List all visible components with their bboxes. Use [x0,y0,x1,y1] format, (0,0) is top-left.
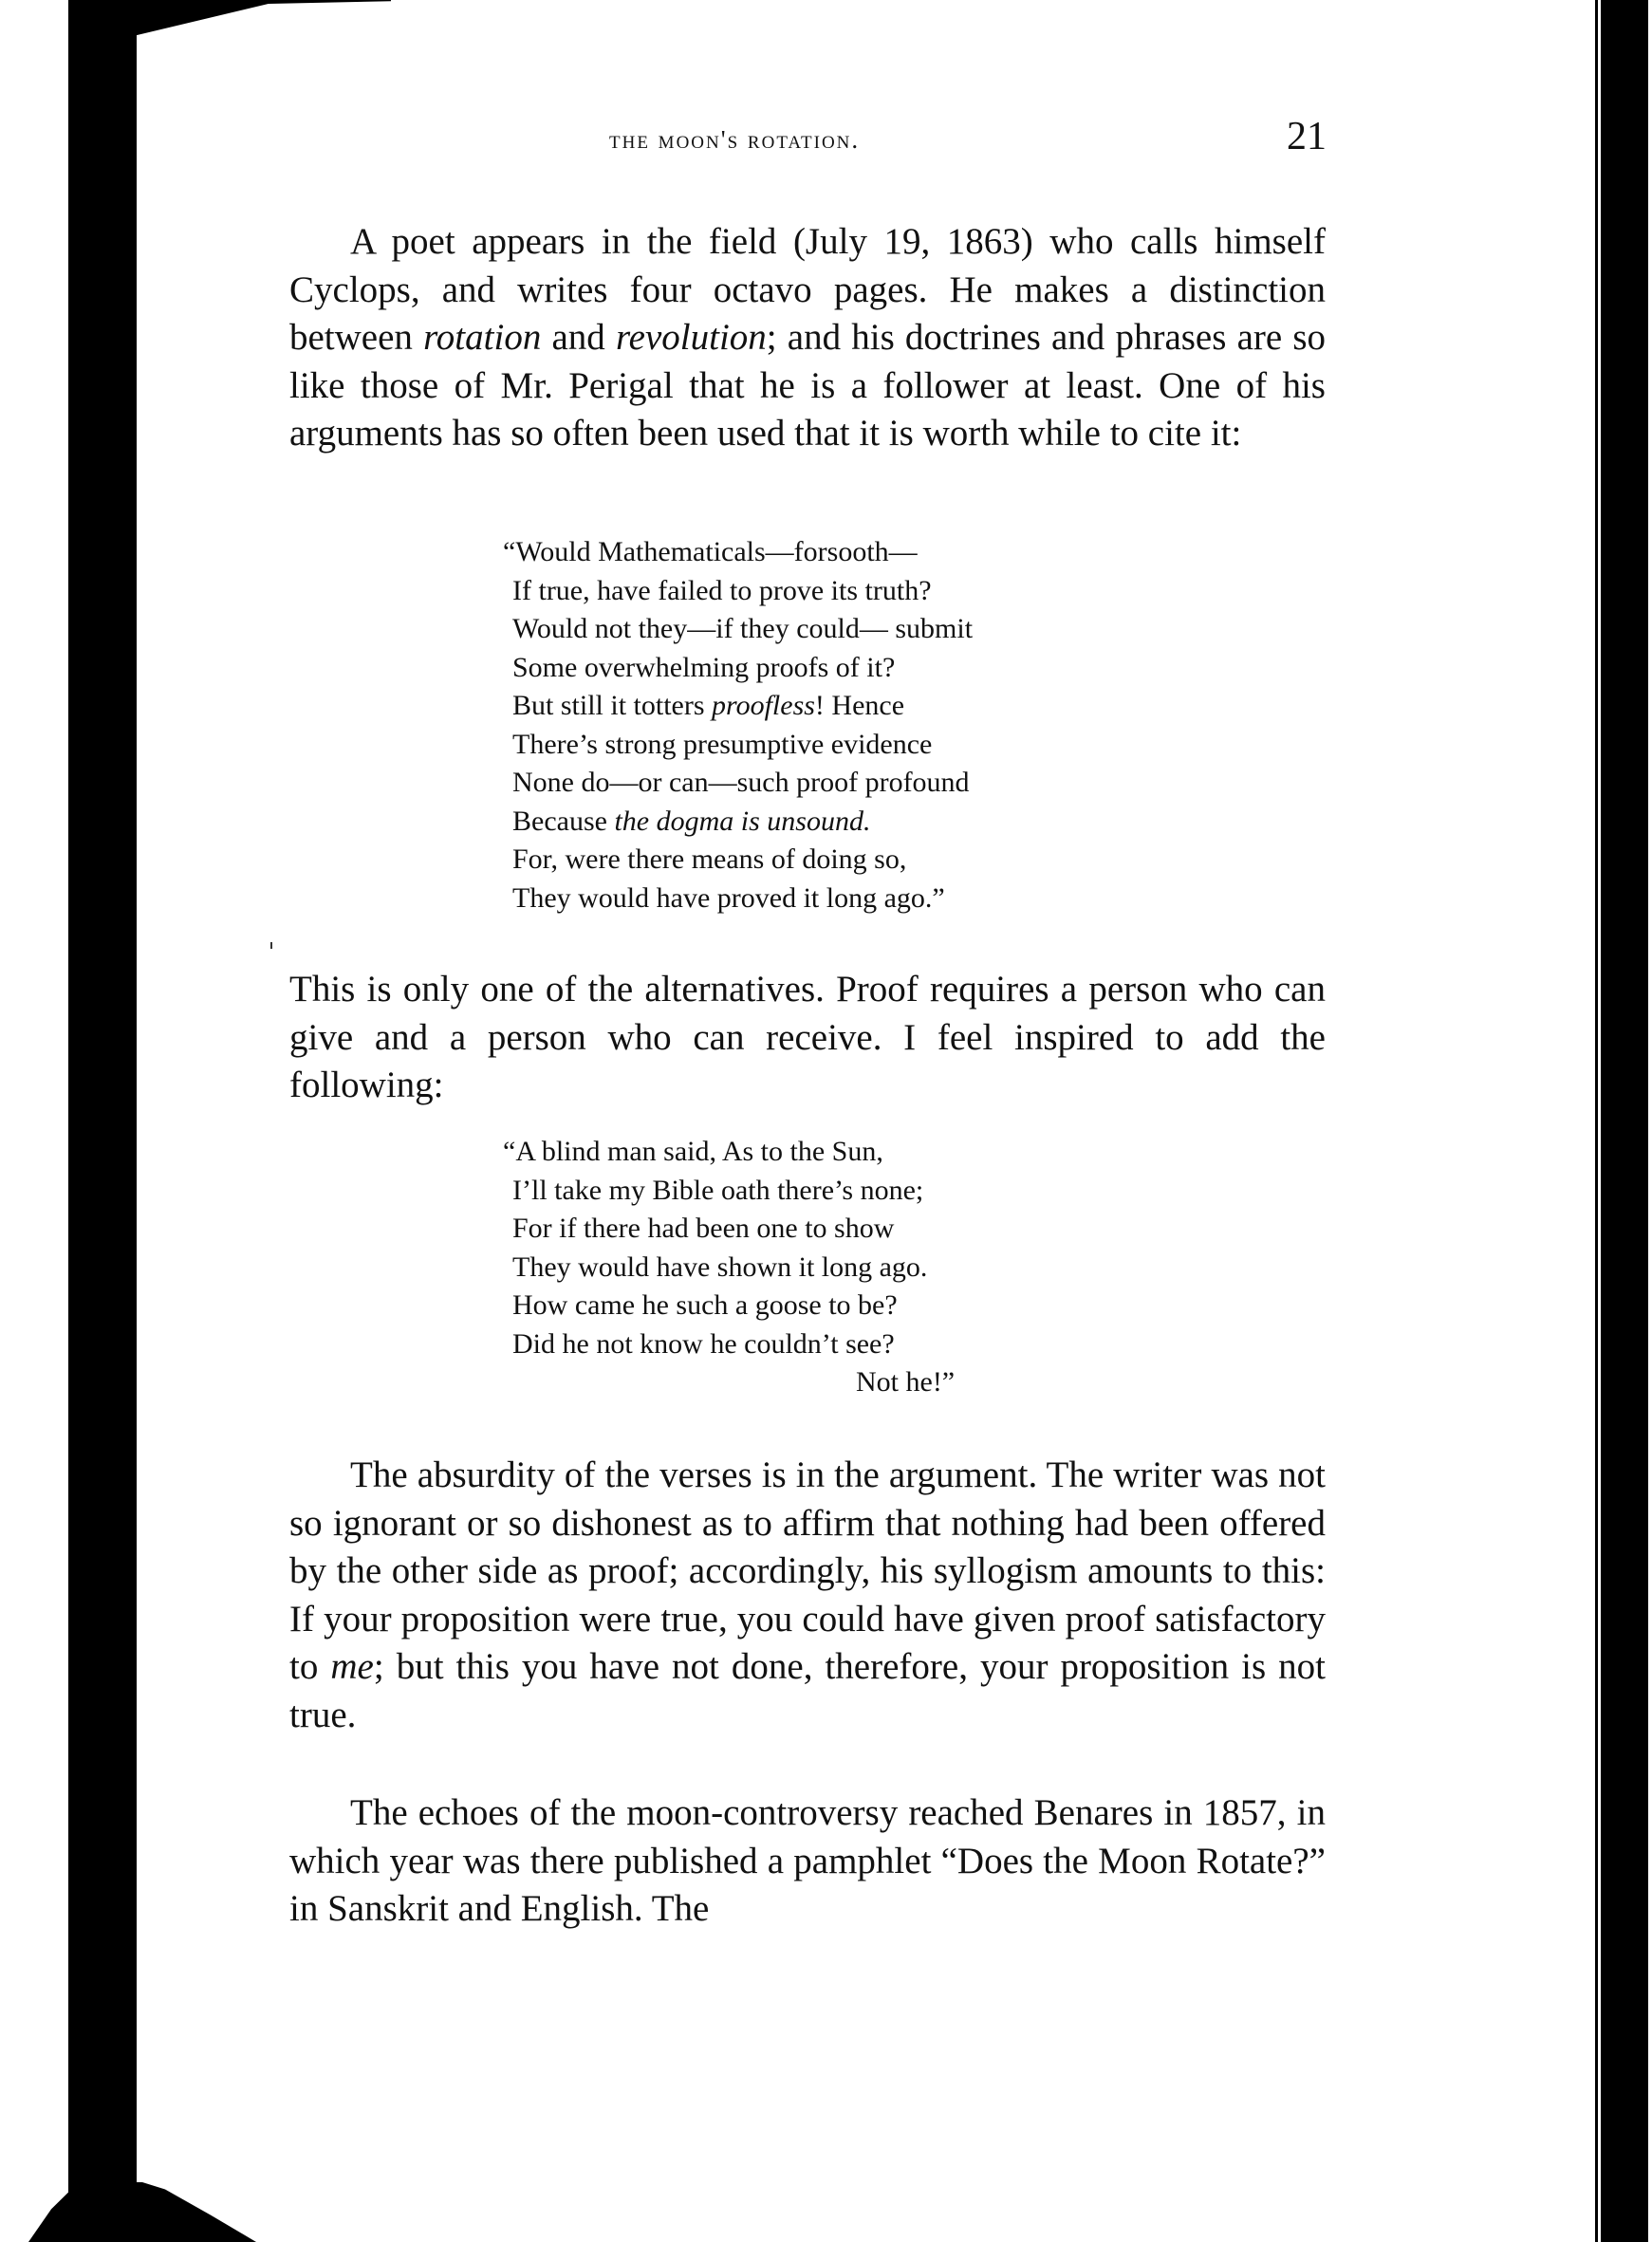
verse-line: None do—or can—such proof profound [512,764,973,803]
emphasis-text: me [330,1646,373,1687]
scan-speck [270,942,272,949]
verse-text: They would have shown it long ago. [512,1251,927,1283]
verse-text: They would have proved it long ago.” [512,882,945,914]
emphasis-text: the dogma is unsound. [614,806,870,837]
verse-line: Some overwhelming proofs of it? [512,649,973,688]
emphasis-text: proofless [712,690,815,721]
verse-line: “Would Mathematicals—forsooth— [503,533,973,572]
verse-line: But still it totters proofless! Hence [512,687,973,726]
verse-text: If true, have failed to prove its truth? [512,575,932,606]
verse-text: There’s strong presumptive evidence [512,729,932,760]
verse-text: Not he!” [856,1366,955,1398]
verse-text: For, were there means of doing so, [512,843,906,875]
body-text: The echoes of the moon-controversy reach… [289,1792,1326,1929]
verse-line: “A blind man said, As to the Sun, [503,1133,955,1172]
body-text: This is only one of the alternatives. Pr… [289,969,1326,1105]
verse-text: I’ll take my Bible oath there’s none; [512,1175,923,1206]
emphasis-text: rotation [423,317,541,358]
verse-line: How came he such a goose to be? [512,1287,955,1325]
verse-block-cyclops: “Would Mathematicals—forsooth—If true, h… [512,533,973,917]
verse-line: Not he!” [512,1363,955,1402]
verse-line: I’ll take my Bible oath there’s none; [512,1172,955,1211]
page-number: 21 [1287,114,1327,159]
paragraph: The echoes of the moon-controversy reach… [289,1789,1326,1934]
verse-text: But still it totters [512,690,712,721]
paragraph: A poet appears in the field (July 19, 18… [289,218,1326,458]
paragraph: This is only one of the alternatives. Pr… [289,966,1326,1110]
verse-line: Because the dogma is unsound. [512,803,973,842]
verse-text: How came he such a goose to be? [512,1289,898,1321]
verse-line: Would not they—if they could— submit [512,610,973,649]
verse-line: For if there had been one to show [512,1210,955,1249]
body-text: ; but this you have not done, therefore,… [289,1646,1326,1735]
scan-bottom-edge-shadow [28,2182,256,2242]
paragraph: The absurdity of the verses is in the ar… [289,1452,1326,1739]
verse-text: None do—or can—such proof profound [512,767,970,798]
verse-line: They would have proved it long ago.” [512,880,973,918]
emphasis-text: revolution [616,317,767,358]
scanned-book-page: THE MOON'S ROTATION. 21 A poet appears i… [0,0,1652,2242]
scan-right-edge-line [1595,0,1598,2242]
verse-line: Did he not know he couldn’t see? [512,1325,955,1364]
verse-text: “Would Mathematicals—forsooth— [503,536,918,567]
verse-block-blind-man: “A blind man said, As to the Sun,I’ll ta… [512,1133,955,1402]
body-text: and [541,317,616,358]
verse-text: Would not they—if they could— submit [512,613,973,644]
verse-line: For, were there means of doing so, [512,841,973,880]
verse-text: Because [512,806,614,837]
verse-text: Some overwhelming proofs of it? [512,652,895,683]
scan-left-binding-shadow [68,0,137,2242]
scan-right-edge-shadow [1601,0,1648,2242]
running-head: THE MOON'S ROTATION. [609,125,860,155]
verse-line: If true, have failed to prove its truth? [512,572,973,611]
verse-line: There’s strong presumptive evidence [512,726,973,765]
verse-text: ! Hence [815,690,904,721]
scan-top-edge-shadow [68,0,391,38]
verse-text: For if there had been one to show [512,1213,894,1244]
verse-text: “A blind man said, As to the Sun, [503,1136,883,1167]
verse-line: They would have shown it long ago. [512,1249,955,1288]
verse-text: Did he not know he couldn’t see? [512,1328,895,1360]
